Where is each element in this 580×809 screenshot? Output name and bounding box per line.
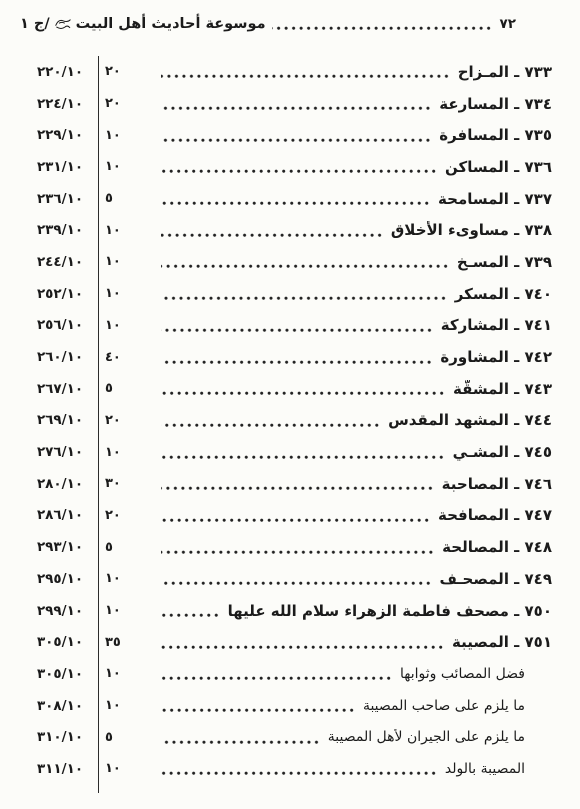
toc-row: ٧٣٨ ـ مساوىء الأخلاق ١٠ ٢٣٩/١٠ <box>22 214 552 246</box>
toc-rows: ٧٣٣ ـ المـزاح ٢٠ ٢٢٠/١٠ ٧٣٤ ـ المسارعة ٢… <box>22 56 552 793</box>
entry-title: ٧٤١ ـ المشاركة <box>441 316 552 334</box>
hadith-count: ١٠ <box>99 286 155 301</box>
dot-leader <box>161 771 439 776</box>
dot-leader <box>161 676 394 681</box>
dot-leader <box>161 486 436 491</box>
entry-title-cell: ٧٤٦ ـ المصاحبة <box>155 475 552 493</box>
page-ref: ٢٩٩/١٠ <box>22 595 99 627</box>
dot-leader <box>161 201 432 206</box>
hadith-count: ١٠ <box>99 318 155 333</box>
hadith-count: ٤٠ <box>99 350 155 365</box>
page-ref: ٢٥٢/١٠ <box>22 278 99 310</box>
entry-title-cell: ٧٣٥ ـ المسافرة <box>155 126 552 144</box>
entry-title: ٧٣٩ ـ المسـخ <box>457 253 552 271</box>
dot-leader <box>161 360 434 365</box>
hadith-count: ٣٥ <box>99 635 155 650</box>
dot-leader <box>161 328 435 333</box>
entry-title: ٧٤٦ ـ المصاحبة <box>442 475 552 493</box>
folio-number: ٧٢ <box>500 16 516 32</box>
page-ref: ٣٠٥/١٠ <box>22 626 99 658</box>
hadith-count: ٥ <box>99 191 155 206</box>
entry-title-cell: ٧٤٤ ـ المشهد المقدس <box>155 411 552 429</box>
hadith-count: ٥ <box>99 540 155 555</box>
page-ref: ٢٣١/١٠ <box>22 151 99 183</box>
hadith-count: ١٠ <box>99 603 155 618</box>
entry-title-cell: ٧٥١ ـ المصيبة <box>155 633 552 651</box>
toc-row: ٧٤٥ ـ المشـي ١٠ ٢٧٦/١٠ <box>22 436 552 468</box>
book-title: موسوعة أحاديث أهل البيت <box>76 16 266 32</box>
page-ref: ٢٢٠/١٠ <box>22 56 99 88</box>
hadith-count: ٢٠ <box>99 413 155 428</box>
dot-leader <box>161 550 436 555</box>
page-ref: ٢٢٩/١٠ <box>22 119 99 151</box>
entry-title-cell: ٧٤٣ ـ المشقَّة <box>155 380 552 398</box>
hadith-count: ٥ <box>99 381 155 396</box>
page-ref: ٢٦٩/١٠ <box>22 405 99 437</box>
hadith-count: ١٠ <box>99 571 155 586</box>
toc-row: ٧٣٤ ـ المسارعة ٢٠ ٢٢٤/١٠ <box>22 88 552 120</box>
page-ref: ٢٢٤/١٠ <box>22 88 99 120</box>
dot-leader <box>161 264 451 269</box>
dot-leader <box>161 74 452 79</box>
page-ref: ٢٧٦/١٠ <box>22 436 99 468</box>
entry-title-cell: ٧٣٦ ـ المساكن <box>155 158 552 176</box>
toc-row: ٧٥١ ـ المصيبة ٣٥ ٣٠٥/١٠ <box>22 626 552 658</box>
toc-row: ٧٤٤ ـ المشهد المقدس ٢٠ ٢٦٩/١٠ <box>22 405 552 437</box>
page-ref: ٣١١/١٠ <box>22 753 99 785</box>
entry-title-cell: ٧٣٨ ـ مساوىء الأخلاق <box>155 221 552 239</box>
entry-title-cell: فضل المصائب وثوابها <box>155 666 552 682</box>
page-ref: ٢٦٠/١٠ <box>22 341 99 373</box>
hadith-count: ٣٠ <box>99 476 155 491</box>
hadith-count: ٢٠ <box>99 508 155 523</box>
entry-title: ٧٣٦ ـ المساكن <box>445 158 552 176</box>
page-ref: ٣١٠/١٠ <box>22 721 99 753</box>
entry-title-cell: ٧٣٣ ـ المـزاح <box>155 63 552 81</box>
hadith-count: ١٠ <box>99 445 155 460</box>
entry-title-cell: المصيبة بالولد <box>155 761 552 777</box>
entry-title-cell: ما يلزم على الجيران لأهل المصيبة <box>155 729 552 745</box>
entry-title-cell: ٧٤٠ ـ المسكر <box>155 285 552 303</box>
entry-title-cell: ٧٤٢ ـ المشاورة <box>155 348 552 366</box>
toc-row: ٧٤٧ ـ المصافحة ٢٠ ٢٨٦/١٠ <box>22 500 552 532</box>
header-title: موسوعة أحاديث أهل البيت /ج ١ <box>20 16 266 32</box>
entry-title: ٧٤٣ ـ المشقَّة <box>453 380 552 398</box>
dot-leader <box>161 169 439 174</box>
page-ref: ٢٨٦/١٠ <box>22 500 99 532</box>
entry-title-cell: ٧٣٧ ـ المسامحة <box>155 190 552 208</box>
page-ref: ٣٠٨/١٠ <box>22 690 99 722</box>
entry-title-cell: ٧٣٤ ـ المسارعة <box>155 95 552 113</box>
toc-row: ما يلزم على صاحب المصيبة ١٠ ٣٠٨/١٠ <box>22 690 552 722</box>
entry-title: ٧٣٨ ـ مساوىء الأخلاق <box>391 221 552 239</box>
page-ref: ٣٠٥/١٠ <box>22 658 99 690</box>
tail-fill <box>99 785 552 793</box>
dot-leader <box>161 613 222 618</box>
dot-leader <box>161 296 449 301</box>
toc-row: ٧٣٥ ـ المسافرة ١٠ ٢٢٩/١٠ <box>22 119 552 151</box>
toc-row: ٧٤٠ ـ المسكر ١٠ ٢٥٢/١٠ <box>22 278 552 310</box>
page-ref: ٢٩٥/١٠ <box>22 563 99 595</box>
volume-label: /ج ١ <box>20 16 50 32</box>
entry-title: فضل المصائب وثوابها <box>400 666 525 682</box>
running-header: ٧٢ موسوعة أحاديث أهل البيت /ج ١ <box>20 16 516 32</box>
dot-leader <box>161 740 322 745</box>
page-ref: ٢٦٧/١٠ <box>22 373 99 405</box>
toc-row: ٧٤١ ـ المشاركة ١٠ ٢٥٦/١٠ <box>22 310 552 342</box>
hadith-count: ٢٠ <box>99 64 155 79</box>
toc-row: ٧٣٦ ـ المساكن ١٠ ٢٣١/١٠ <box>22 151 552 183</box>
dot-leader <box>161 391 447 396</box>
entry-title: ٧٤٠ ـ المسكر <box>455 285 552 303</box>
hadith-count: ١٠ <box>99 254 155 269</box>
toc-row: ٧٥٠ ـ مصحف فاطمة الزهراء سلام الله عليها… <box>22 595 552 627</box>
dot-leader <box>161 645 446 650</box>
entry-title: ٧٤٩ ـ المصحـف <box>440 570 552 588</box>
page-ref: ٢٥٦/١٠ <box>22 310 99 342</box>
column-rule-tail <box>22 785 552 793</box>
dot-leader <box>161 423 382 428</box>
entry-title: ٧٤٥ ـ المشـي <box>453 443 552 461</box>
hadith-count: ١٠ <box>99 698 155 713</box>
page-ref: ٢٤٤/١٠ <box>22 246 99 278</box>
entry-title: ٧٣٥ ـ المسافرة <box>439 126 552 144</box>
dot-leader <box>161 518 432 523</box>
entry-title-cell: ٧٤٥ ـ المشـي <box>155 443 552 461</box>
entry-title: ٧٣٤ ـ المسارعة <box>439 95 552 113</box>
entry-title-cell: ٧٤١ ـ المشاركة <box>155 316 552 334</box>
toc-row: المصيبة بالولد ١٠ ٣١١/١٠ <box>22 753 552 785</box>
dot-leader <box>161 581 434 586</box>
scanned-book-page: ٧٢ موسوعة أحاديث أهل البيت /ج ١ ٧٣٣ ـ ال… <box>0 0 580 809</box>
entry-title: ٧٥٠ ـ مصحف فاطمة الزهراء سلام الله عليها <box>228 602 552 620</box>
entry-title: ٧٣٣ ـ المـزاح <box>458 63 552 81</box>
column-rule <box>22 785 99 793</box>
hadith-count: ١٠ <box>99 761 155 776</box>
toc-row: ٧٤٦ ـ المصاحبة ٣٠ ٢٨٠/١٠ <box>22 468 552 500</box>
entry-title-cell: ٧٤٩ ـ المصحـف <box>155 570 552 588</box>
entry-title: ٧٤٨ ـ المصالحة <box>442 538 552 556</box>
entry-title: ٧٣٧ ـ المسامحة <box>438 190 552 208</box>
entry-title-cell: ما يلزم على صاحب المصيبة <box>155 698 552 714</box>
dot-leader <box>161 233 385 238</box>
toc-row: ٧٣٣ ـ المـزاح ٢٠ ٢٢٠/١٠ <box>22 56 552 88</box>
toc-row: ٧٣٩ ـ المسـخ ١٠ ٢٤٤/١٠ <box>22 246 552 278</box>
dot-leader <box>161 138 433 143</box>
entry-title: ما يلزم على الجيران لأهل المصيبة <box>328 729 525 745</box>
page-ref: ٢٨٠/١٠ <box>22 468 99 500</box>
dot-leader <box>161 708 357 713</box>
entry-title: المصيبة بالولد <box>445 761 525 777</box>
header-dot-leader <box>272 26 494 31</box>
toc-row: ٧٣٧ ـ المسامحة ٥ ٢٣٦/١٠ <box>22 183 552 215</box>
toc-row: ٧٤٨ ـ المصالحة ٥ ٢٩٣/١٠ <box>22 531 552 563</box>
toc-row: ٧٤٣ ـ المشقَّة ٥ ٢٦٧/١٠ <box>22 373 552 405</box>
entry-title: ٧٤٤ ـ المشهد المقدس <box>388 411 552 429</box>
entry-title: ٧٤٢ ـ المشاورة <box>440 348 552 366</box>
hadith-count: ٥ <box>99 730 155 745</box>
hadith-count: ١٠ <box>99 128 155 143</box>
page-ref: ٢٩٣/١٠ <box>22 531 99 563</box>
hadith-count: ٢٠ <box>99 96 155 111</box>
entry-title: ٧٥١ ـ المصيبة <box>452 633 552 651</box>
entry-title-cell: ٧٥٠ ـ مصحف فاطمة الزهراء سلام الله عليها <box>155 602 552 620</box>
toc-row: ٧٤٩ ـ المصحـف ١٠ ٢٩٥/١٠ <box>22 563 552 595</box>
dot-leader <box>161 106 433 111</box>
entry-title: ٧٤٧ ـ المصافحة <box>438 506 552 524</box>
alayhim-assalam-calligraphy-icon <box>54 17 72 30</box>
entry-title-cell: ٧٤٧ ـ المصافحة <box>155 506 552 524</box>
entry-title-cell: ٧٤٨ ـ المصالحة <box>155 538 552 556</box>
hadith-count: ١٠ <box>99 666 155 681</box>
page-ref: ٢٣٩/١٠ <box>22 214 99 246</box>
dot-leader <box>161 455 447 460</box>
toc-row: ما يلزم على الجيران لأهل المصيبة ٥ ٣١٠/١… <box>22 721 552 753</box>
entry-title: ما يلزم على صاحب المصيبة <box>363 698 525 714</box>
hadith-count: ١٠ <box>99 223 155 238</box>
page-ref: ٢٣٦/١٠ <box>22 183 99 215</box>
toc-row: ٧٤٢ ـ المشاورة ٤٠ ٢٦٠/١٠ <box>22 341 552 373</box>
hadith-count: ١٠ <box>99 159 155 174</box>
entry-title-cell: ٧٣٩ ـ المسـخ <box>155 253 552 271</box>
toc-row: فضل المصائب وثوابها ١٠ ٣٠٥/١٠ <box>22 658 552 690</box>
